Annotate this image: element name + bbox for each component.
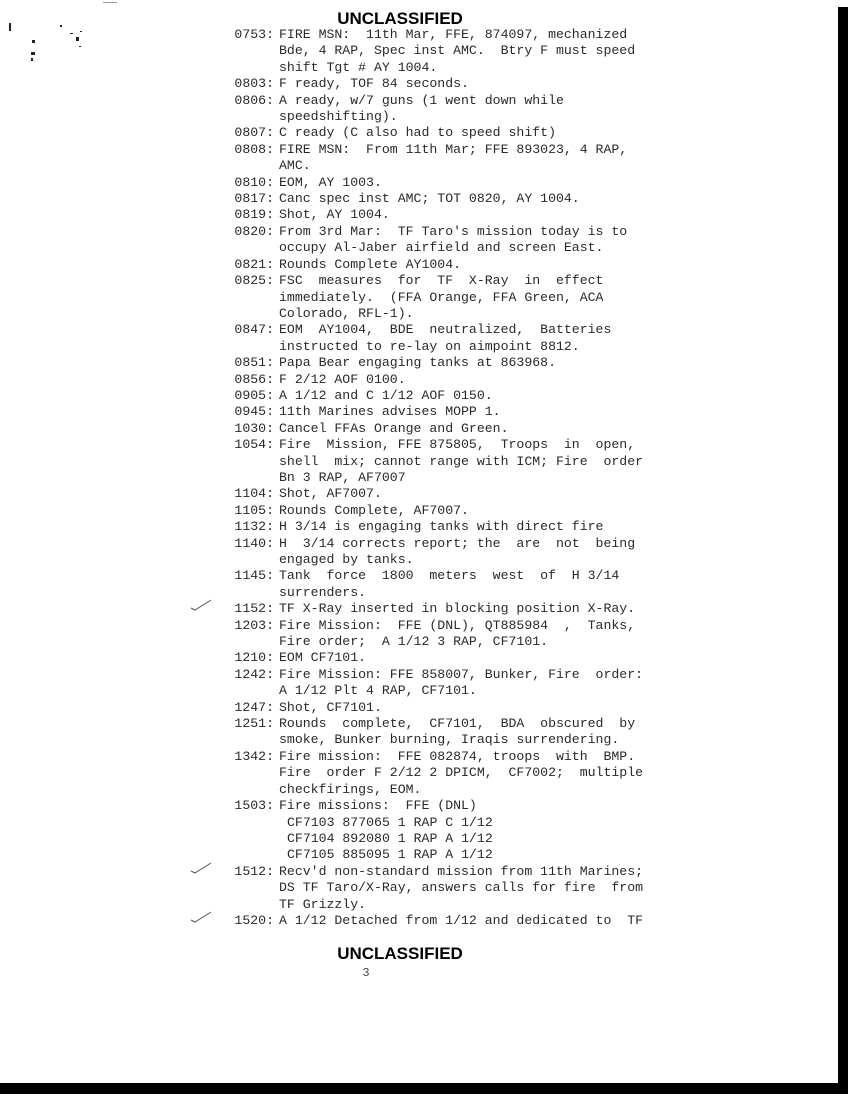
entry-text: TF X-Ray inserted in blocking position X… — [279, 601, 756, 617]
entry-line: smoke, Bunker burning, Iraqis surrenderi… — [279, 732, 756, 748]
scan-border-right — [838, 7, 848, 1094]
log-entry: 1140:H 3/14 corrects report; the are not… — [216, 536, 756, 569]
classification-header: UNCLASSIFIED — [0, 9, 800, 29]
entry-time: 1210: — [216, 650, 279, 666]
log-entry: 0851:Papa Bear engaging tanks at 863968. — [216, 355, 756, 371]
entry-line: Rounds complete, CF7101, BDA obscured by — [279, 716, 756, 732]
log-entry: 0820:From 3rd Mar: TF Taro's mission tod… — [216, 224, 756, 257]
entry-time: 1247: — [216, 700, 279, 716]
entry-line: EOM AY1004, BDE neutralized, Batteries — [279, 322, 756, 338]
log-entry: 1203:Fire Mission: FFE (DNL), QT885984 ,… — [216, 618, 756, 651]
entry-sub-line: CF7104 892080 1 RAP A 1/12 — [279, 831, 756, 847]
entry-text: FSC measures for TF X-Ray in effectimmed… — [279, 273, 756, 322]
entry-text: Papa Bear engaging tanks at 863968. — [279, 355, 756, 371]
log-entry: 0856:F 2/12 AOF 0100. — [216, 372, 756, 388]
entry-line: FSC measures for TF X-Ray in effect — [279, 273, 756, 289]
entry-time-text: 1203: — [234, 618, 274, 633]
entry-text: FIRE MSN: From 11th Mar; FFE 893023, 4 R… — [279, 142, 756, 175]
scan-mark — [79, 46, 81, 47]
entry-line: FIRE MSN: 11th Mar, FFE, 874097, mechani… — [279, 27, 756, 43]
entry-time: 1520: — [216, 913, 279, 929]
log-entry: 1251:Rounds complete, CF7101, BDA obscur… — [216, 716, 756, 749]
entry-line: shift Tgt # AY 1004. — [279, 60, 756, 76]
log-entry: 0825:FSC measures for TF X-Ray in effect… — [216, 273, 756, 322]
entry-line: Shot, AF7007. — [279, 486, 756, 502]
entry-line: Recv'd non-standard mission from 11th Ma… — [279, 864, 756, 880]
entry-time: 0808: — [216, 142, 279, 158]
entry-line: immediately. (FFA Orange, FFA Green, ACA — [279, 290, 756, 306]
entry-line: surrenders. — [279, 585, 756, 601]
scan-mark — [32, 40, 35, 43]
log-entry: 1520:A 1/12 Detached from 1/12 and dedic… — [216, 913, 756, 929]
entry-text: A ready, w/7 guns (1 went down whilespee… — [279, 93, 756, 126]
scan-mark — [31, 58, 33, 61]
entry-time-text: 1520: — [234, 913, 274, 928]
entry-line: DS TF Taro/X-Ray, answers calls for fire… — [279, 880, 756, 896]
entry-time-text: 0808: — [234, 142, 274, 157]
entry-time-text: 1251: — [234, 716, 274, 731]
entry-time-text: 1152: — [234, 601, 274, 616]
log-entry: 0806:A ready, w/7 guns (1 went down whil… — [216, 93, 756, 126]
entry-time-text: 0817: — [234, 191, 274, 206]
entry-text: Rounds Complete, AF7007. — [279, 503, 756, 519]
entry-line: Colorado, RFL-1). — [279, 306, 756, 322]
entry-line: Cancel FFAs Orange and Green. — [279, 421, 756, 437]
log-entry: 0945:11th Marines advises MOPP 1. — [216, 404, 756, 420]
log-entry: 1132:H 3/14 is engaging tanks with direc… — [216, 519, 756, 535]
entry-time-text: 0821: — [234, 257, 274, 272]
entry-time: 0820: — [216, 224, 279, 240]
entry-line: H 3/14 corrects report; the are not bein… — [279, 536, 756, 552]
entry-time-text: 1054: — [234, 437, 274, 452]
entry-time-text: 1342: — [234, 749, 274, 764]
entry-text: EOM AY1004, BDE neutralized, Batteriesin… — [279, 322, 756, 355]
entry-time: 0856: — [216, 372, 279, 388]
entry-time-text: 1104: — [234, 486, 274, 501]
log-entry: 1210:EOM CF7101. — [216, 650, 756, 666]
checkmark-icon — [190, 911, 212, 923]
entry-line: Bn 3 RAP, AF7007 — [279, 470, 756, 486]
entry-time-text: 0905: — [234, 388, 274, 403]
log-entry: 1152:TF X-Ray inserted in blocking posit… — [216, 601, 756, 617]
entry-time: 0851: — [216, 355, 279, 371]
scan-mark — [76, 37, 79, 41]
log-entry: 0807:C ready (C also had to speed shift) — [216, 125, 756, 141]
entry-time: 1512: — [216, 864, 279, 880]
entry-time-text: 0825: — [234, 273, 274, 288]
entry-line: Tank force 1800 meters west of H 3/14 — [279, 568, 756, 584]
log-entry: 1512:Recv'd non-standard mission from 11… — [216, 864, 756, 913]
entry-time: 1251: — [216, 716, 279, 732]
entry-time: 1152: — [216, 601, 279, 617]
entry-line: occupy Al-Jaber airfield and screen East… — [279, 240, 756, 256]
entry-time-text: 1140: — [234, 536, 274, 551]
entry-text: Fire missions: FFE (DNL)CF7103 877065 1 … — [279, 798, 756, 864]
entry-time: 0945: — [216, 404, 279, 420]
entry-text: EOM, AY 1003. — [279, 175, 756, 191]
entry-line: F ready, TOF 84 seconds. — [279, 76, 756, 92]
entry-time-text: 0945: — [234, 404, 274, 419]
entry-time-text: 1247: — [234, 700, 274, 715]
log-entry: 0819:Shot, AY 1004. — [216, 207, 756, 223]
entry-time: 0753: — [216, 27, 279, 43]
log-entry: 0810:EOM, AY 1003. — [216, 175, 756, 191]
entry-text: Shot, CF7101. — [279, 700, 756, 716]
entry-line: Fire order; A 1/12 3 RAP, CF7101. — [279, 634, 756, 650]
entry-time: 1145: — [216, 568, 279, 584]
entry-time-text: 0806: — [234, 93, 274, 108]
entry-time: 1342: — [216, 749, 279, 765]
entry-time-text: 0820: — [234, 224, 274, 239]
log-entry: 1054:Fire Mission, FFE 875805, Troops in… — [216, 437, 756, 486]
entry-time: 0825: — [216, 273, 279, 289]
entry-time-text: 0819: — [234, 207, 274, 222]
entry-text: H 3/14 is engaging tanks with direct fir… — [279, 519, 756, 535]
entry-time: 0817: — [216, 191, 279, 207]
entry-time: 0905: — [216, 388, 279, 404]
scan-mark — [70, 33, 73, 34]
entry-text: Fire mission: FFE 082874, troops with BM… — [279, 749, 756, 798]
entry-line: FIRE MSN: From 11th Mar; FFE 893023, 4 R… — [279, 142, 756, 158]
entry-line: shell mix; cannot range with ICM; Fire o… — [279, 454, 756, 470]
log-entry: 0803:F ready, TOF 84 seconds. — [216, 76, 756, 92]
entry-line: Shot, AY 1004. — [279, 207, 756, 223]
entry-text: H 3/14 corrects report; the are not bein… — [279, 536, 756, 569]
classification-header-text: UNCLASSIFIED — [337, 9, 463, 28]
entry-time: 1140: — [216, 536, 279, 552]
entry-line: Fire Mission: FFE (DNL), QT885984 , Tank… — [279, 618, 756, 634]
entry-text: Fire Mission: FFE (DNL), QT885984 , Tank… — [279, 618, 756, 651]
scan-mark — [9, 23, 11, 31]
entry-text: Recv'd non-standard mission from 11th Ma… — [279, 864, 756, 913]
entry-line: Bde, 4 RAP, Spec inst AMC. Btry F must s… — [279, 43, 756, 59]
checkmark-icon — [190, 862, 212, 874]
entry-time: 1030: — [216, 421, 279, 437]
entry-line: H 3/14 is engaging tanks with direct fir… — [279, 519, 756, 535]
fire-mission-log: 0753:FIRE MSN: 11th Mar, FFE, 874097, me… — [216, 27, 756, 929]
entry-time-text: 1512: — [234, 864, 274, 879]
entry-line: A ready, w/7 guns (1 went down while — [279, 93, 756, 109]
entry-line: checkfirings, EOM. — [279, 782, 756, 798]
entry-time: 0806: — [216, 93, 279, 109]
entry-time: 0803: — [216, 76, 279, 92]
log-entry: 1247:Shot, CF7101. — [216, 700, 756, 716]
log-entry: 1503:Fire missions: FFE (DNL)CF7103 8770… — [216, 798, 756, 864]
entry-time-text: 1503: — [234, 798, 274, 813]
log-entry: 0808:FIRE MSN: From 11th Mar; FFE 893023… — [216, 142, 756, 175]
entry-line: F 2/12 AOF 0100. — [279, 372, 756, 388]
entry-text: Shot, AY 1004. — [279, 207, 756, 223]
entry-line: A 1/12 Plt 4 RAP, CF7101. — [279, 683, 756, 699]
entry-line: 11th Marines advises MOPP 1. — [279, 404, 756, 420]
entry-time: 1203: — [216, 618, 279, 634]
entry-line: speedshifting). — [279, 109, 756, 125]
entry-line: Fire order F 2/12 2 DPICM, CF7002; multi… — [279, 765, 756, 781]
entry-text: Fire Mission, FFE 875805, Troops in open… — [279, 437, 756, 486]
entry-line: Papa Bear engaging tanks at 863968. — [279, 355, 756, 371]
entry-line: Rounds Complete AY1004. — [279, 257, 756, 273]
entry-text: Fire Mission: FFE 858007, Bunker, Fire o… — [279, 667, 756, 700]
entry-time-text: 0847: — [234, 322, 274, 337]
log-entry: 0847:EOM AY1004, BDE neutralized, Batter… — [216, 322, 756, 355]
entry-line: TF X-Ray inserted in blocking position X… — [279, 601, 756, 617]
entry-line: Fire mission: FFE 082874, troops with BM… — [279, 749, 756, 765]
entry-line: TF Grizzly. — [279, 897, 756, 913]
log-entry: 1145:Tank force 1800 meters west of H 3/… — [216, 568, 756, 601]
entry-line: A 1/12 Detached from 1/12 and dedicated … — [279, 913, 756, 929]
entry-text: A 1/12 and C 1/12 AOF 0150. — [279, 388, 756, 404]
entry-time: 1054: — [216, 437, 279, 453]
entry-text: Rounds complete, CF7101, BDA obscured by… — [279, 716, 756, 749]
log-entry: 0817:Canc spec inst AMC; TOT 0820, AY 10… — [216, 191, 756, 207]
entry-time-text: 0753: — [234, 27, 274, 42]
entry-text: From 3rd Mar: TF Taro's mission today is… — [279, 224, 756, 257]
log-entry: 1242:Fire Mission: FFE 858007, Bunker, F… — [216, 667, 756, 700]
scan-mark — [80, 31, 82, 32]
entry-text: Rounds Complete AY1004. — [279, 257, 756, 273]
entry-time: 0810: — [216, 175, 279, 191]
classification-footer-text: UNCLASSIFIED — [337, 944, 463, 963]
entry-line: From 3rd Mar: TF Taro's mission today is… — [279, 224, 756, 240]
scan-mark — [31, 52, 35, 55]
entry-sub-line: CF7105 885095 1 RAP A 1/12 — [279, 847, 756, 863]
entry-text: Tank force 1800 meters west of H 3/14sur… — [279, 568, 756, 601]
entry-time-text: 1105: — [234, 503, 274, 518]
entry-time-text: 1242: — [234, 667, 274, 682]
log-entry: 1030:Cancel FFAs Orange and Green. — [216, 421, 756, 437]
log-entry: 1105:Rounds Complete, AF7007. — [216, 503, 756, 519]
entry-time: 1132: — [216, 519, 279, 535]
entry-text: EOM CF7101. — [279, 650, 756, 666]
entry-time: 0819: — [216, 207, 279, 223]
entry-time-text: 1210: — [234, 650, 274, 665]
entry-time-text: 0807: — [234, 125, 274, 140]
entry-time: 1104: — [216, 486, 279, 502]
entry-time-text: 0856: — [234, 372, 274, 387]
entry-text: F 2/12 AOF 0100. — [279, 372, 756, 388]
log-entry: 1342:Fire mission: FFE 082874, troops wi… — [216, 749, 756, 798]
entry-time: 1105: — [216, 503, 279, 519]
entry-time-text: 0851: — [234, 355, 274, 370]
entry-text: C ready (C also had to speed shift) — [279, 125, 756, 141]
entry-time: 0821: — [216, 257, 279, 273]
entry-line: EOM, AY 1003. — [279, 175, 756, 191]
scan-mark — [60, 25, 62, 27]
log-entry: 0905:A 1/12 and C 1/12 AOF 0150. — [216, 388, 756, 404]
entry-line: engaged by tanks. — [279, 552, 756, 568]
entry-line: EOM CF7101. — [279, 650, 756, 666]
entry-time-text: 1030: — [234, 421, 274, 436]
log-entry: 0753:FIRE MSN: 11th Mar, FFE, 874097, me… — [216, 27, 756, 76]
entry-text: Shot, AF7007. — [279, 486, 756, 502]
entry-time-text: 1145: — [234, 568, 274, 583]
entry-line: Fire Mission: FFE 858007, Bunker, Fire o… — [279, 667, 756, 683]
entry-time: 1503: — [216, 798, 279, 814]
entry-time: 0807: — [216, 125, 279, 141]
page-number: 3 — [360, 966, 372, 980]
log-entry: 1104:Shot, AF7007. — [216, 486, 756, 502]
entry-time: 1242: — [216, 667, 279, 683]
entry-time-text: 0803: — [234, 76, 274, 91]
entry-line: C ready (C also had to speed shift) — [279, 125, 756, 141]
entry-line: Rounds Complete, AF7007. — [279, 503, 756, 519]
entry-time: 0847: — [216, 322, 279, 338]
entry-text: Cancel FFAs Orange and Green. — [279, 421, 756, 437]
entry-time-text: 0810: — [234, 175, 274, 190]
entry-line: A 1/12 and C 1/12 AOF 0150. — [279, 388, 756, 404]
entry-text: F ready, TOF 84 seconds. — [279, 76, 756, 92]
entry-time-text: 1132: — [234, 519, 274, 534]
scan-mark — [103, 2, 117, 3]
checkmark-icon — [190, 599, 212, 611]
entry-line: instructed to re-lay on aimpoint 8812. — [279, 339, 756, 355]
entry-line: AMC. — [279, 158, 756, 174]
entry-sub-line: CF7103 877065 1 RAP C 1/12 — [279, 815, 756, 831]
entry-line: Fire missions: FFE (DNL) — [279, 798, 756, 814]
entry-text: A 1/12 Detached from 1/12 and dedicated … — [279, 913, 756, 929]
entry-line: Fire Mission, FFE 875805, Troops in open… — [279, 437, 756, 453]
entry-line: Canc spec inst AMC; TOT 0820, AY 1004. — [279, 191, 756, 207]
entry-line: Shot, CF7101. — [279, 700, 756, 716]
entry-text: 11th Marines advises MOPP 1. — [279, 404, 756, 420]
entry-text: Canc spec inst AMC; TOT 0820, AY 1004. — [279, 191, 756, 207]
classification-footer: UNCLASSIFIED — [0, 944, 800, 964]
entry-text: FIRE MSN: 11th Mar, FFE, 874097, mechani… — [279, 27, 756, 76]
log-entry: 0821:Rounds Complete AY1004. — [216, 257, 756, 273]
scan-border-bottom — [0, 1083, 848, 1094]
